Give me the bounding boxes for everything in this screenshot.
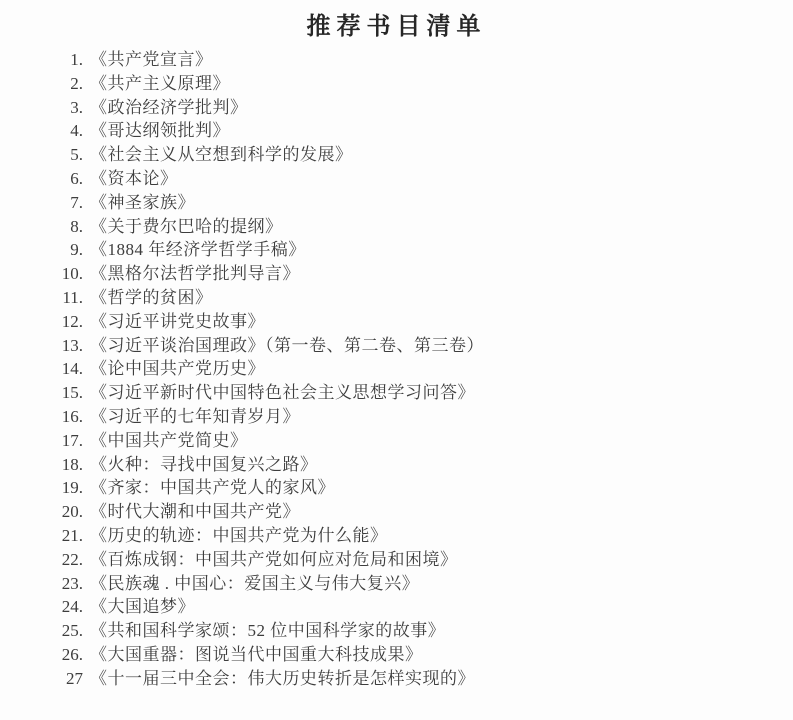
list-item-number: 12. — [55, 310, 83, 334]
list-item-number: 9. — [55, 238, 83, 262]
list-item: 8.《关于费尔巴哈的提纲》 — [55, 215, 793, 239]
book-title: 《共和国科学家颂：52 位中国科学家的故事》 — [90, 621, 445, 640]
list-item-number: 3. — [55, 96, 83, 120]
list-item: 1.《共产党宣言》 — [55, 48, 793, 72]
book-title: 《习近平的七年知青岁月》 — [90, 407, 300, 426]
book-title: 《论中国共产党历史》 — [90, 359, 265, 378]
list-item: 26.《大国重器：图说当代中国重大科技成果》 — [55, 643, 793, 667]
page-title: 推荐书目清单 — [0, 0, 793, 42]
list-item-number: 11. — [55, 286, 83, 310]
book-title: 《大国追梦》 — [90, 597, 195, 616]
book-title: 《大国重器：图说当代中国重大科技成果》 — [90, 645, 423, 664]
list-item-number: 20. — [55, 500, 83, 524]
list-item: 24.《大国追梦》 — [55, 595, 793, 619]
book-title: 《社会主义从空想到科学的发展》 — [90, 145, 353, 164]
list-item: 18.《火种：寻找中国复兴之路》 — [55, 453, 793, 477]
document-page: 推荐书目清单 1.《共产党宣言》 2.《共产主义原理》 3.《政治经济学批判》 … — [0, 0, 793, 720]
list-item: 5.《社会主义从空想到科学的发展》 — [55, 143, 793, 167]
book-title: 《共产主义原理》 — [90, 74, 230, 93]
list-item: 3.《政治经济学批判》 — [55, 96, 793, 120]
list-item: 20.《时代大潮和中国共产党》 — [55, 500, 793, 524]
book-title: 《习近平谈治国理政》（第一卷、第二卷、第三卷） — [90, 336, 484, 355]
list-item: 25.《共和国科学家颂：52 位中国科学家的故事》 — [55, 619, 793, 643]
book-title: 《民族魂 . 中国心：爱国主义与伟大复兴》 — [90, 574, 419, 593]
list-item: 2.《共产主义原理》 — [55, 72, 793, 96]
book-title: 《中国共产党简史》 — [90, 431, 248, 450]
book-title: 《政治经济学批判》 — [90, 98, 248, 117]
list-item: 10.《黑格尔法哲学批判导言》 — [55, 262, 793, 286]
list-item-number: 18. — [55, 453, 83, 477]
list-item: 22.《百炼成钢：中国共产党如何应对危局和困境》 — [55, 548, 793, 572]
book-title: 《火种：寻找中国复兴之路》 — [90, 455, 318, 474]
list-item: 14.《论中国共产党历史》 — [55, 357, 793, 381]
book-title: 《齐家：中国共产党人的家风》 — [90, 478, 335, 497]
list-item: 13.《习近平谈治国理政》（第一卷、第二卷、第三卷） — [55, 334, 793, 358]
list-item-number: 10. — [55, 262, 83, 286]
list-item-number: 1. — [55, 48, 83, 72]
list-item: 23.《民族魂 . 中国心：爱国主义与伟大复兴》 — [55, 572, 793, 596]
book-title: 《神圣家族》 — [90, 193, 195, 212]
book-title: 《共产党宣言》 — [90, 50, 213, 69]
list-item-number: 4. — [55, 119, 83, 143]
list-item: 12.《习近平讲党史故事》 — [55, 310, 793, 334]
book-title: 《时代大潮和中国共产党》 — [90, 502, 300, 521]
book-title: 《哥达纲领批判》 — [90, 121, 230, 140]
book-title: 《1884 年经济学哲学手稿》 — [90, 240, 306, 259]
book-title: 《历史的轨迹：中国共产党为什么能》 — [90, 526, 388, 545]
list-item: 16.《习近平的七年知青岁月》 — [55, 405, 793, 429]
book-title: 《习近平讲党史故事》 — [90, 312, 265, 331]
list-item-number: 27 — [55, 667, 83, 691]
list-item-number: 25. — [55, 619, 83, 643]
list-item: 11.《哲学的贫困》 — [55, 286, 793, 310]
list-item: 21.《历史的轨迹：中国共产党为什么能》 — [55, 524, 793, 548]
book-title: 《十一届三中全会：伟大历史转折是怎样实现的》 — [90, 669, 475, 688]
list-item-number: 23. — [55, 572, 83, 596]
list-item-number: 26. — [55, 643, 83, 667]
book-title: 《黑格尔法哲学批判导言》 — [90, 264, 300, 283]
list-item-number: 21. — [55, 524, 83, 548]
list-item-number: 17. — [55, 429, 83, 453]
list-item: 27《十一届三中全会：伟大历史转折是怎样实现的》 — [55, 667, 793, 691]
list-item-number: 5. — [55, 143, 83, 167]
book-title: 《哲学的贫困》 — [90, 288, 213, 307]
list-item: 7.《神圣家族》 — [55, 191, 793, 215]
book-title: 《百炼成钢：中国共产党如何应对危局和困境》 — [90, 550, 458, 569]
list-item-number: 19. — [55, 476, 83, 500]
list-item-number: 24. — [55, 595, 83, 619]
book-list: 1.《共产党宣言》 2.《共产主义原理》 3.《政治经济学批判》 4.《哥达纲领… — [55, 48, 793, 691]
list-item-number: 22. — [55, 548, 83, 572]
book-title: 《关于费尔巴哈的提纲》 — [90, 217, 283, 236]
list-item: 19.《齐家：中国共产党人的家风》 — [55, 476, 793, 500]
book-title: 《习近平新时代中国特色社会主义思想学习问答》 — [90, 383, 475, 402]
list-item-number: 7. — [55, 191, 83, 215]
list-item: 4.《哥达纲领批判》 — [55, 119, 793, 143]
book-title: 《资本论》 — [90, 169, 178, 188]
list-item: 9.《1884 年经济学哲学手稿》 — [55, 238, 793, 262]
list-item-number: 6. — [55, 167, 83, 191]
list-item-number: 8. — [55, 215, 83, 239]
list-item: 17.《中国共产党简史》 — [55, 429, 793, 453]
list-item-number: 15. — [55, 381, 83, 405]
list-item: 15.《习近平新时代中国特色社会主义思想学习问答》 — [55, 381, 793, 405]
list-item-number: 14. — [55, 357, 83, 381]
list-item-number: 13. — [55, 334, 83, 358]
list-item: 6.《资本论》 — [55, 167, 793, 191]
list-item-number: 16. — [55, 405, 83, 429]
list-item-number: 2. — [55, 72, 83, 96]
